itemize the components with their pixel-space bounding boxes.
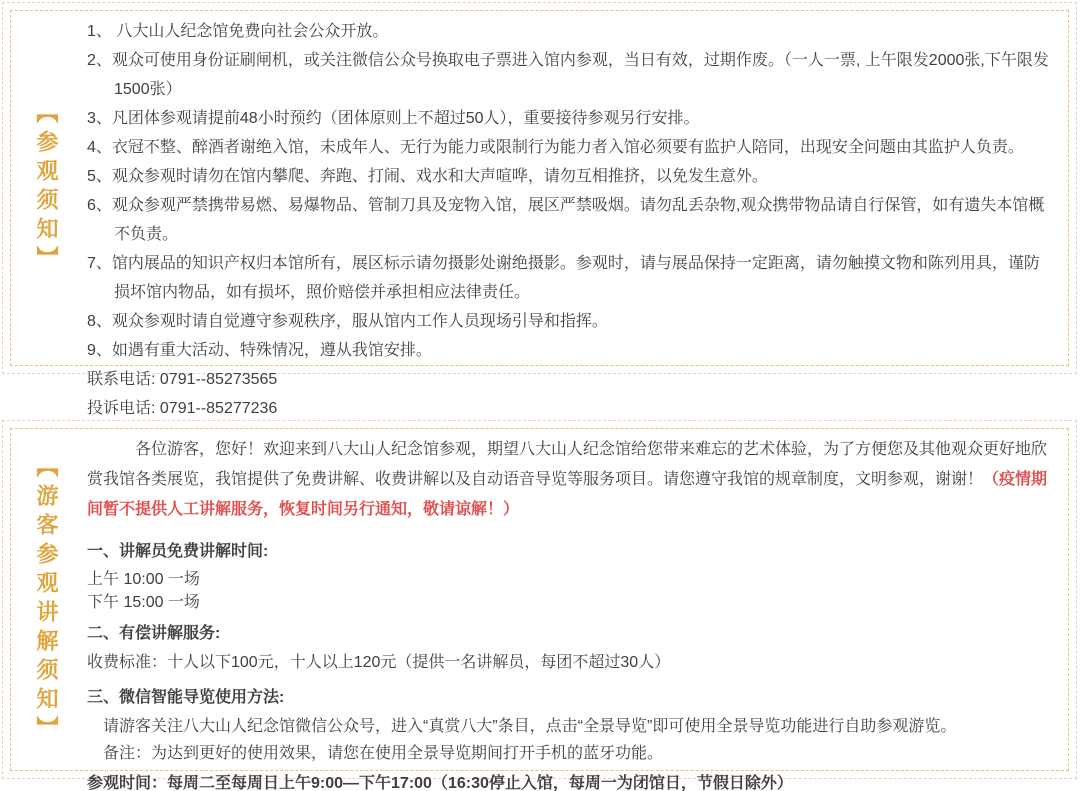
visitor-rules-content: 1、 八大山人纪念馆免费向社会公众开放。 2、观众可使用身份证刷闸机，或关注微信… [81, 11, 1068, 365]
visitor-rules-box: 【参观须知】 1、 八大山人纪念馆免费向社会公众开放。 2、观众可使用身份证刷闸… [2, 2, 1077, 374]
tour-guide-vertical-title: 【游客参观讲解须知】 [35, 455, 57, 745]
morning-session-time: 上午 10:00 一场 [87, 569, 1050, 590]
welcome-text: 各位游客，您好！欢迎来到八大山人纪念馆参观，期望八大山人纪念馆给您带来难忘的艺术… [87, 441, 1047, 488]
tour-guide-inner-frame: 【游客参观讲解须知】 各位游客，您好！欢迎来到八大山人纪念馆参观，期望八大山人纪… [10, 428, 1069, 771]
welcome-paragraph: 各位游客，您好！欢迎来到八大山人纪念馆参观，期望八大山人纪念馆给您带来难忘的艺术… [87, 435, 1050, 525]
rule-item-2: 2、观众可使用身份证刷闸机，或关注微信公众号换取电子票进入馆内参观，当日有效，过… [87, 46, 1050, 104]
paid-guide-section-title: 二、有偿讲解服务: [87, 619, 1050, 649]
visitor-rules-label-column: 【参观须知】 [11, 11, 81, 365]
rule-item-1: 1、 八大山人纪念馆免费向社会公众开放。 [87, 17, 1050, 46]
visitor-rules-inner-frame: 【参观须知】 1、 八大山人纪念馆免费向社会公众开放。 2、观众可使用身份证刷闸… [10, 10, 1069, 366]
rule-item-9: 9、如遇有重大活动、特殊情况，遵从我馆安排。 [87, 336, 1050, 365]
free-guide-section-title: 一、讲解员免费讲解时间: [87, 537, 1050, 567]
afternoon-session-time: 下午 15:00 一场 [87, 592, 1050, 613]
tour-guide-label-column: 【游客参观讲解须知】 [11, 429, 81, 770]
tour-guide-notice-box: 【游客参观讲解须知】 各位游客，您好！欢迎来到八大山人纪念馆参观，期望八大山人纪… [2, 420, 1077, 779]
paid-guide-fee: 收费标准：十人以下100元，十人以上120元（提供一名讲解员，每团不超过30人） [87, 649, 1050, 677]
visiting-hours: 参观时间：每周二至每周日上午9:00—下午17:00（16:30停止入馆，每周一… [87, 769, 1050, 791]
wechat-guide-section-title: 三、微信智能导览使用方法: [87, 683, 1050, 713]
rule-item-7: 7、馆内展品的知识产权归本馆所有，展区标示请勿摄影处谢绝摄影。参观时，请与展品保… [87, 249, 1050, 307]
wechat-guide-note: 备注：为达到更好的使用效果，请您在使用全景导览期间打开手机的蓝牙功能。 [87, 740, 1050, 767]
wechat-guide-step: 请游客关注八大山人纪念馆微信公众号，进入“真赏八大”条目，点击“全景导览”即可使… [87, 713, 1050, 740]
rule-item-5: 5、观众参观时请勿在馆内攀爬、奔跑、打闹、戏水和大声喧哗，请勿互相推挤，以免发生… [87, 162, 1050, 191]
contact-phone: 联系电话: 0791--85273565 [87, 365, 1050, 394]
complaint-phone: 投诉电话: 0791--85277236 [87, 394, 1050, 423]
visitor-rules-vertical-title: 【参观须知】 [35, 101, 57, 275]
rule-item-3: 3、凡团体参观请提前48小时预约（团体原则上不超过50人），重要接待参观另行安排… [87, 104, 1050, 133]
rule-item-8: 8、观众参观时请自觉遵守参观秩序，服从馆内工作人员现场引导和指挥。 [87, 307, 1050, 336]
rule-item-4: 4、衣冠不整、醉酒者谢绝入馆，未成年人、无行为能力或限制行为能力者入馆必须要有监… [87, 133, 1050, 162]
tour-guide-content: 各位游客，您好！欢迎来到八大山人纪念馆参观，期望八大山人纪念馆给您带来难忘的艺术… [81, 429, 1068, 770]
rule-item-6: 6、观众参观严禁携带易燃、易爆物品、管制刀具及宠物入馆，展区严禁吸烟。请勿乱丢杂… [87, 191, 1050, 249]
